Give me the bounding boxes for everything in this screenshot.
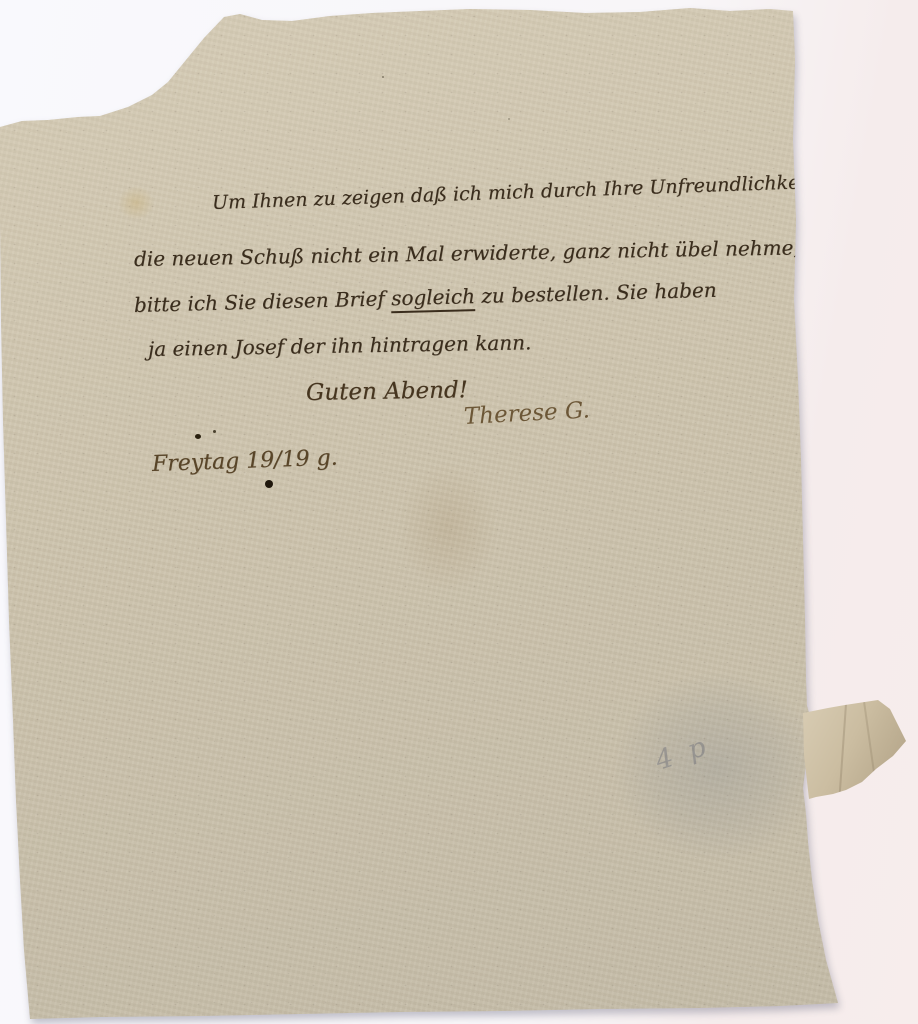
letter-paper: Um Ihnen zu zeigen daß ich mich durch Ih…	[0, 0, 918, 1024]
scanned-letter-background: Um Ihnen zu zeigen daß ich mich durch Ih…	[0, 0, 918, 1024]
handwriting-line-3: bitte ich Sie diesen Brief sogleich zu b…	[134, 278, 717, 317]
signature: Therese G.	[463, 397, 590, 430]
closing-line: Guten Abend!	[306, 377, 468, 406]
handwriting-line-1: Um Ihnen zu zeigen daß ich mich durch Ih…	[212, 171, 814, 214]
ink-speck	[195, 434, 201, 439]
ink-blot	[265, 480, 273, 488]
faint-yellow-stain	[118, 186, 154, 220]
date-line: Freytag 19/19 g.	[152, 446, 338, 477]
ink-speck	[508, 118, 510, 120]
handwriting-line-4: ja einen Josef der ihn hintragen kann.	[148, 330, 532, 361]
underlined-word: sogleich	[391, 284, 476, 313]
ink-speck	[213, 430, 216, 433]
ink-speck	[382, 76, 384, 78]
pencil-note: 4 p	[652, 730, 714, 776]
line-3-text: bitte ich Sie diesen Brief	[134, 286, 392, 317]
handwriting-line-2: die neuen Schuß nicht ein Mal erwiderte,…	[134, 235, 800, 271]
seal-showthrough-stain	[612, 672, 822, 862]
faint-brown-stain	[398, 462, 498, 592]
paper-shadow: Um Ihnen zu zeigen daß ich mich durch Ih…	[0, 0, 918, 1024]
line-3-text: zu bestellen. Sie haben	[475, 278, 717, 308]
